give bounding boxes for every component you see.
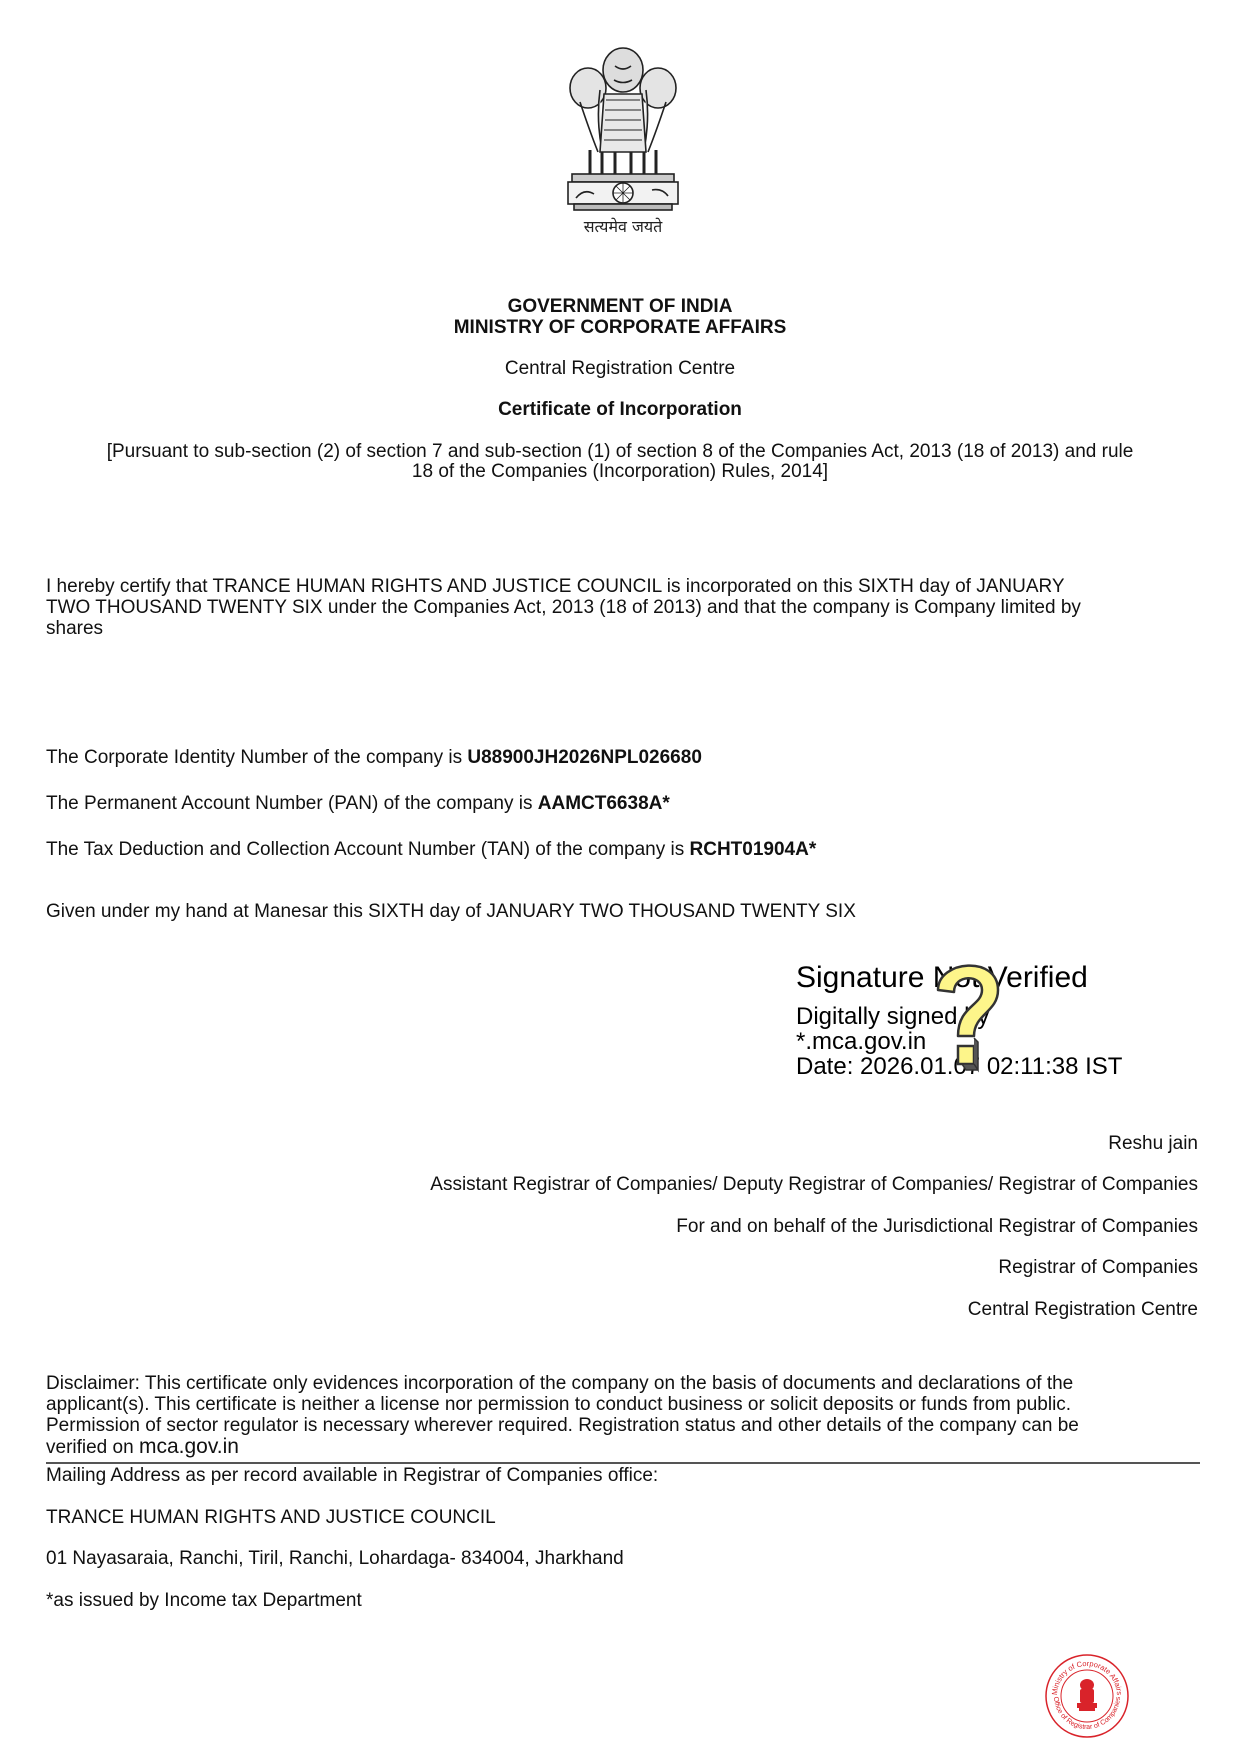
pursuant-line-1: [Pursuant to sub-section (2) of section …	[0, 441, 1240, 463]
ministry-seal: Ministry of Corporate Affairs Office of …	[1044, 1653, 1130, 1739]
registrar-office: Registrar of Companies	[998, 1257, 1198, 1279]
given-under-hand: Given under my hand at Manesar this SIXT…	[46, 901, 856, 923]
mca-link[interactable]: mca.gov.in	[139, 1435, 239, 1458]
ashoka-lion-capital-emblem-icon: सत्यमेव जयते	[560, 40, 686, 240]
tan-value: RCHT01904A*	[690, 839, 817, 860]
disclaimer-line-3: Permission of sector regulator is necess…	[46, 1415, 1079, 1437]
national-emblem: सत्यमेव जयते	[560, 40, 686, 240]
mailing-company: TRANCE HUMAN RIGHTS AND JUSTICE COUNCIL	[46, 1507, 496, 1529]
pan-tan-footnote: *as issued by Income tax Department	[46, 1590, 362, 1612]
tan-line: The Tax Deduction and Collection Account…	[46, 839, 816, 861]
certify-line-1: I hereby certify that TRANCE HUMAN RIGHT…	[46, 576, 1065, 598]
disclaimer-divider	[46, 1462, 1200, 1464]
ministry-heading: MINISTRY OF CORPORATE AFFAIRS	[0, 317, 1240, 339]
certify-line-2: TWO THOUSAND TWENTY SIX under the Compan…	[46, 597, 1081, 619]
verified-on-label: verified on	[46, 1437, 139, 1458]
signer-name: *.mca.gov.in	[796, 1029, 926, 1055]
cin-line: The Corporate Identity Number of the com…	[46, 747, 702, 769]
pan-line: The Permanent Account Number (PAN) of th…	[46, 793, 670, 815]
certificate-title: Certificate of Incorporation	[0, 399, 1240, 421]
centre-heading: Central Registration Centre	[0, 358, 1240, 380]
registrar-name: Reshu jain	[1108, 1133, 1198, 1155]
registrar-designation: Assistant Registrar of Companies/ Deputy…	[430, 1174, 1198, 1196]
question-mark-icon[interactable]	[928, 950, 1008, 1090]
registrar-centre: Central Registration Centre	[968, 1299, 1198, 1321]
government-heading: GOVERNMENT OF INDIA	[0, 296, 1240, 318]
tan-label: The Tax Deduction and Collection Account…	[46, 839, 690, 860]
disclaimer-line-1: Disclaimer: This certificate only eviden…	[46, 1373, 1073, 1395]
pan-value: AAMCT6638A*	[538, 793, 670, 814]
mailing-address: 01 Nayasaraia, Ranchi, Tiril, Ranchi, Lo…	[46, 1548, 624, 1570]
disclaimer-line-4: verified on mca.gov.in	[46, 1436, 239, 1459]
pan-label: The Permanent Account Number (PAN) of th…	[46, 793, 538, 814]
svg-text:सत्यमेव जयते: सत्यमेव जयते	[584, 217, 663, 236]
pursuant-line-2: 18 of the Companies (Incorporation) Rule…	[0, 461, 1240, 483]
certify-line-3: shares	[46, 618, 103, 640]
mailing-label: Mailing Address as per record available …	[46, 1465, 658, 1487]
cin-value: U88900JH2026NPL026680	[467, 747, 702, 768]
registrar-behalf: For and on behalf of the Jurisdictional …	[676, 1216, 1198, 1238]
disclaimer-line-2: applicant(s). This certificate is neithe…	[46, 1394, 1071, 1416]
ministry-seal-icon: Ministry of Corporate Affairs Office of …	[1044, 1653, 1130, 1739]
cin-label: The Corporate Identity Number of the com…	[46, 747, 467, 768]
